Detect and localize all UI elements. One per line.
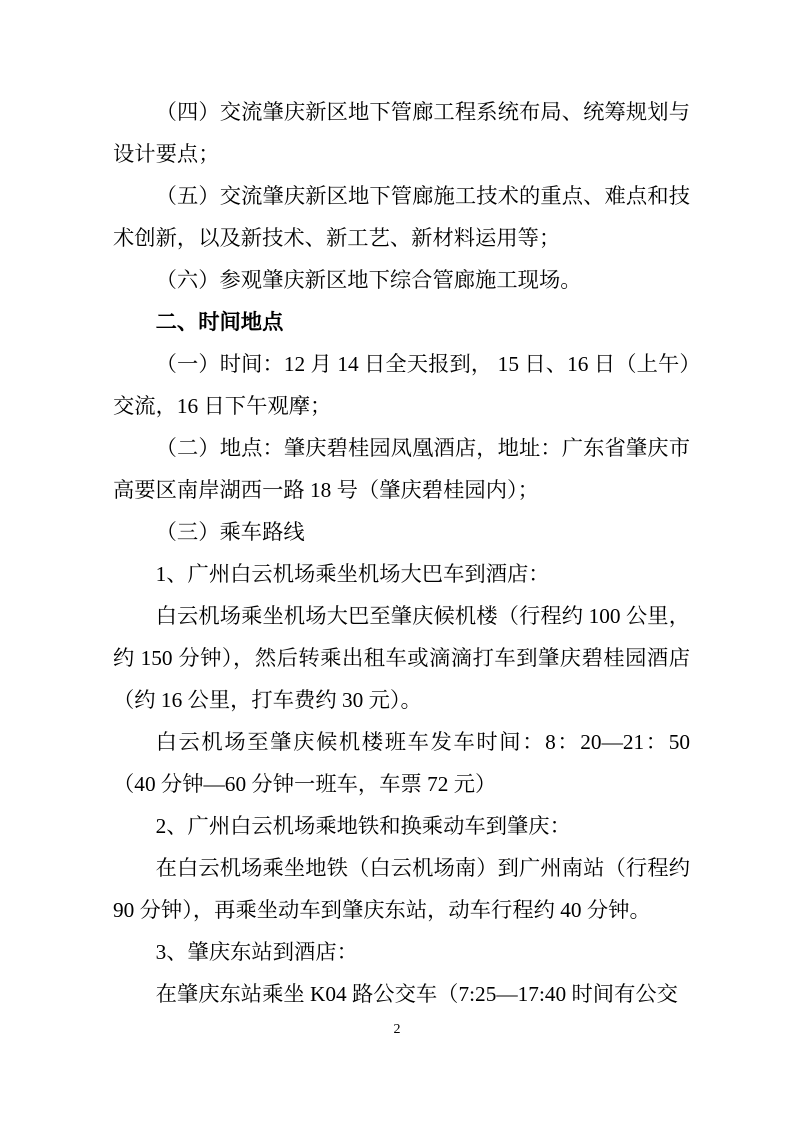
- page-number: 2: [0, 1022, 794, 1038]
- paragraph-route-3-title: 3、肇庆东站到酒店：: [113, 931, 690, 973]
- paragraph-route-3-detail: 在肇庆东站乘坐 K04 路公交车（7:25—17:40 时间有公交: [113, 973, 690, 1015]
- paragraph-item-6: （六）参观肇庆新区地下综合管廊施工现场。: [113, 259, 690, 301]
- document-page: （四）交流肇庆新区地下管廊工程系统布局、统筹规划与设计要点； （五）交流肇庆新区…: [0, 0, 794, 1123]
- paragraph-route-2-title: 2、广州白云机场乘地铁和换乘动车到肇庆：: [113, 805, 690, 847]
- paragraph-route-2-detail: 在白云机场乘坐地铁（白云机场南）到广州南站（行程约 90 分钟），再乘坐动车到肇…: [113, 847, 690, 931]
- paragraph-route-1-detail: 白云机场乘坐机场大巴至肇庆候机楼（行程约 100 公里，约 150 分钟），然后…: [113, 595, 690, 721]
- document-body: （四）交流肇庆新区地下管廊工程系统布局、统筹规划与设计要点； （五）交流肇庆新区…: [113, 91, 690, 1015]
- paragraph-transit-heading: （三）乘车路线: [113, 511, 690, 553]
- section-heading-time-location: 二、时间地点: [113, 301, 690, 343]
- paragraph-time: （一）时间：12 月 14 日全天报到， 15 日、16 日（上午）交流，16 …: [113, 343, 690, 427]
- paragraph-location: （二）地点：肇庆碧桂园凤凰酒店，地址：广东省肇庆市高要区南岸湖西一路 18 号（…: [113, 427, 690, 511]
- paragraph-item-4: （四）交流肇庆新区地下管廊工程系统布局、统筹规划与设计要点；: [113, 91, 690, 175]
- paragraph-route-1-title: 1、广州白云机场乘坐机场大巴车到酒店：: [113, 553, 690, 595]
- paragraph-route-1-schedule: 白云机场至肇庆候机楼班车发车时间：8：20—21：50（40 分钟—60 分钟一…: [113, 721, 690, 805]
- paragraph-item-5: （五）交流肇庆新区地下管廊施工技术的重点、难点和技术创新，以及新技术、新工艺、新…: [113, 175, 690, 259]
